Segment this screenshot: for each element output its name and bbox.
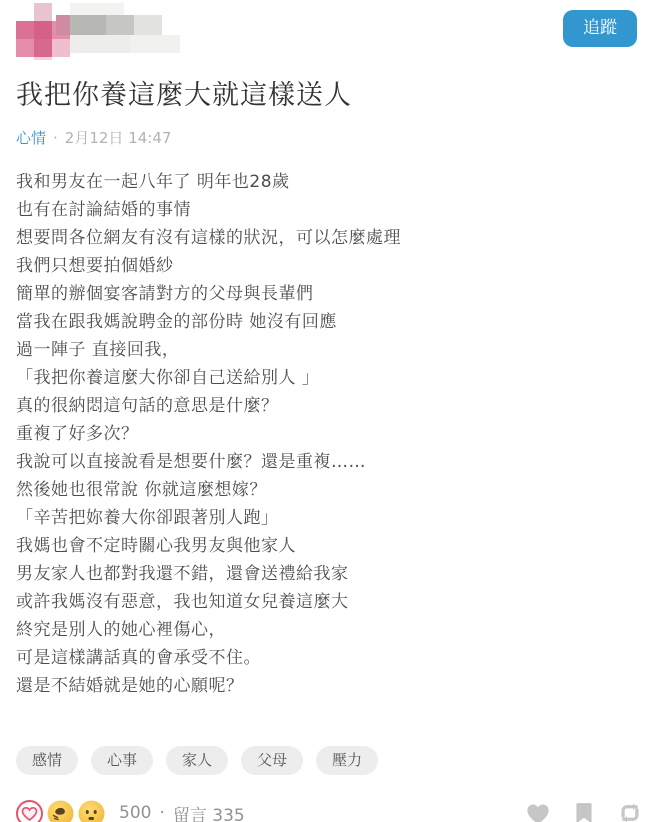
follow-button[interactable]: 追蹤 — [563, 10, 637, 47]
post-body-line: 重複了好多次？ — [16, 420, 645, 448]
post-body-line: 簡單的辦個宴客請對方的父母與長輩們 — [16, 280, 645, 308]
post-body-line: 我和男友在一起八年了 明年也28歲 — [16, 168, 645, 196]
count-separator: · — [159, 803, 164, 822]
post-footer: 500 · 留言 335 — [16, 798, 645, 822]
post-body-line: 我說可以直接說看是想要什麼？還是重複…… — [16, 448, 645, 476]
post-body-line: 或許我媽沒有惡意，我也知道女兒養這麼大 — [16, 588, 645, 616]
post-body-line: 「我把你養這麼大你卻自己送給別人 」 — [16, 364, 645, 392]
post-body-line: 也有在討論結婚的事情 — [16, 196, 645, 224]
reaction-summary[interactable]: 500 · 留言 335 — [16, 800, 245, 822]
post-body-line: 可是這樣講話真的會承受不住。 — [16, 644, 645, 672]
post-body-line: 過一陣子 直接回我， — [16, 336, 645, 364]
post-body-line: 我們只想要拍個婚紗 — [16, 252, 645, 280]
post-body-line: 還是不結婚就是她的心願呢？ — [16, 672, 645, 700]
post-timestamp: 2月12日 14:47 — [65, 127, 172, 148]
reaction-count-row: 500 · 留言 335 — [119, 801, 245, 822]
heart-reaction-icon — [16, 800, 43, 822]
topic-tag[interactable]: 感情 — [16, 746, 78, 775]
post-body-line: 當我在跟我媽說聘金的部份時 她沒有回應 — [16, 308, 645, 336]
topic-tag[interactable]: 心事 — [91, 746, 153, 775]
post-body-line: 真的很納悶這句話的意思是什麼？ — [16, 392, 645, 420]
post-page: 追蹤 我把你養這麼大就這樣送人 心情 · 2月12日 14:47 我和男友在一起… — [0, 0, 661, 822]
repost-icon[interactable] — [615, 798, 645, 822]
post-meta: 心情 · 2月12日 14:47 — [16, 127, 645, 148]
surprised-reaction-icon — [78, 800, 105, 822]
reaction-stack — [16, 800, 105, 822]
heart-icon[interactable] — [523, 798, 553, 822]
post-body-line: 「辛苦把妳養大你卻跟著別人跑」 — [16, 504, 645, 532]
comments-count: 留言 335 — [173, 801, 245, 822]
post-body: 我和男友在一起八年了 明年也28歲 也有在討論結婚的事情 想要問各位網友有沒有這… — [16, 168, 645, 700]
post-body-line: 然後她也很常說 你就這麼想嫁？ — [16, 476, 645, 504]
post-body-line: 我媽也會不定時關心我男友與他家人 — [16, 532, 645, 560]
post-body-line: 男友家人也都對我還不錯，還會送禮給我家 — [16, 560, 645, 588]
category-link[interactable]: 心情 — [16, 127, 46, 148]
post-header: 追蹤 — [16, 0, 645, 60]
reaction-count: 500 — [119, 803, 151, 822]
blurred-author-avatar — [16, 0, 216, 60]
post-title: 我把你養這麼大就這樣送人 — [16, 73, 645, 112]
post-body-line: 想要問各位網友有沒有這樣的狀況，可以怎麼處理 — [16, 224, 645, 252]
topic-tag[interactable]: 家人 — [166, 746, 228, 775]
tag-row: 感情 心事 家人 父母 壓力 — [16, 746, 645, 775]
meta-separator: · — [53, 129, 58, 147]
post-actions — [523, 798, 645, 822]
bookmark-icon[interactable] — [570, 799, 598, 822]
topic-tag[interactable]: 壓力 — [316, 746, 378, 775]
worship-reaction-icon — [47, 800, 74, 822]
topic-tag[interactable]: 父母 — [241, 746, 303, 775]
post-body-line: 終究是別人的她心裡傷心， — [16, 616, 645, 644]
